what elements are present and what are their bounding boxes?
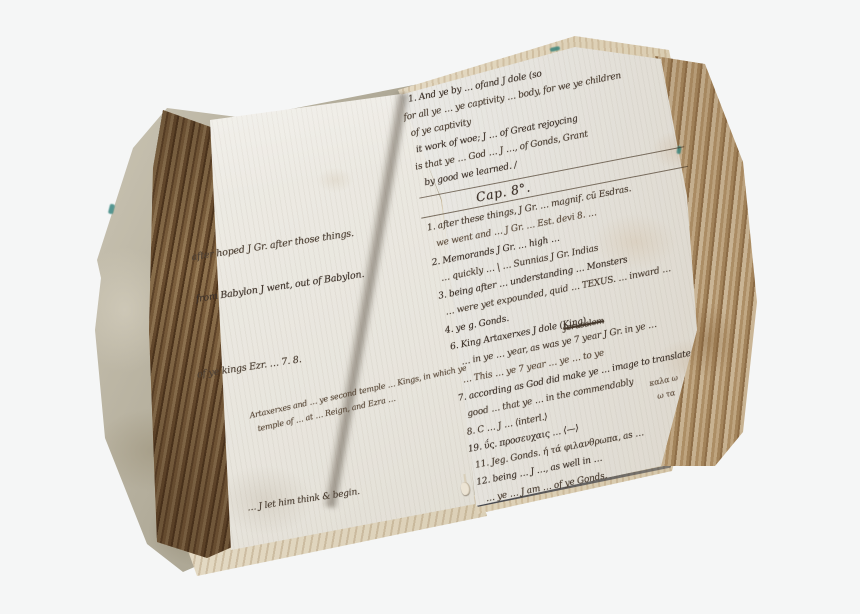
chapter-text-block: 1. after these things, J Gr. … magnif. c… <box>422 164 773 510</box>
photo-background: after hoped J Gr. after those things. fr… <box>0 0 860 614</box>
book-photo: after hoped J Gr. after those things. fr… <box>95 30 775 600</box>
